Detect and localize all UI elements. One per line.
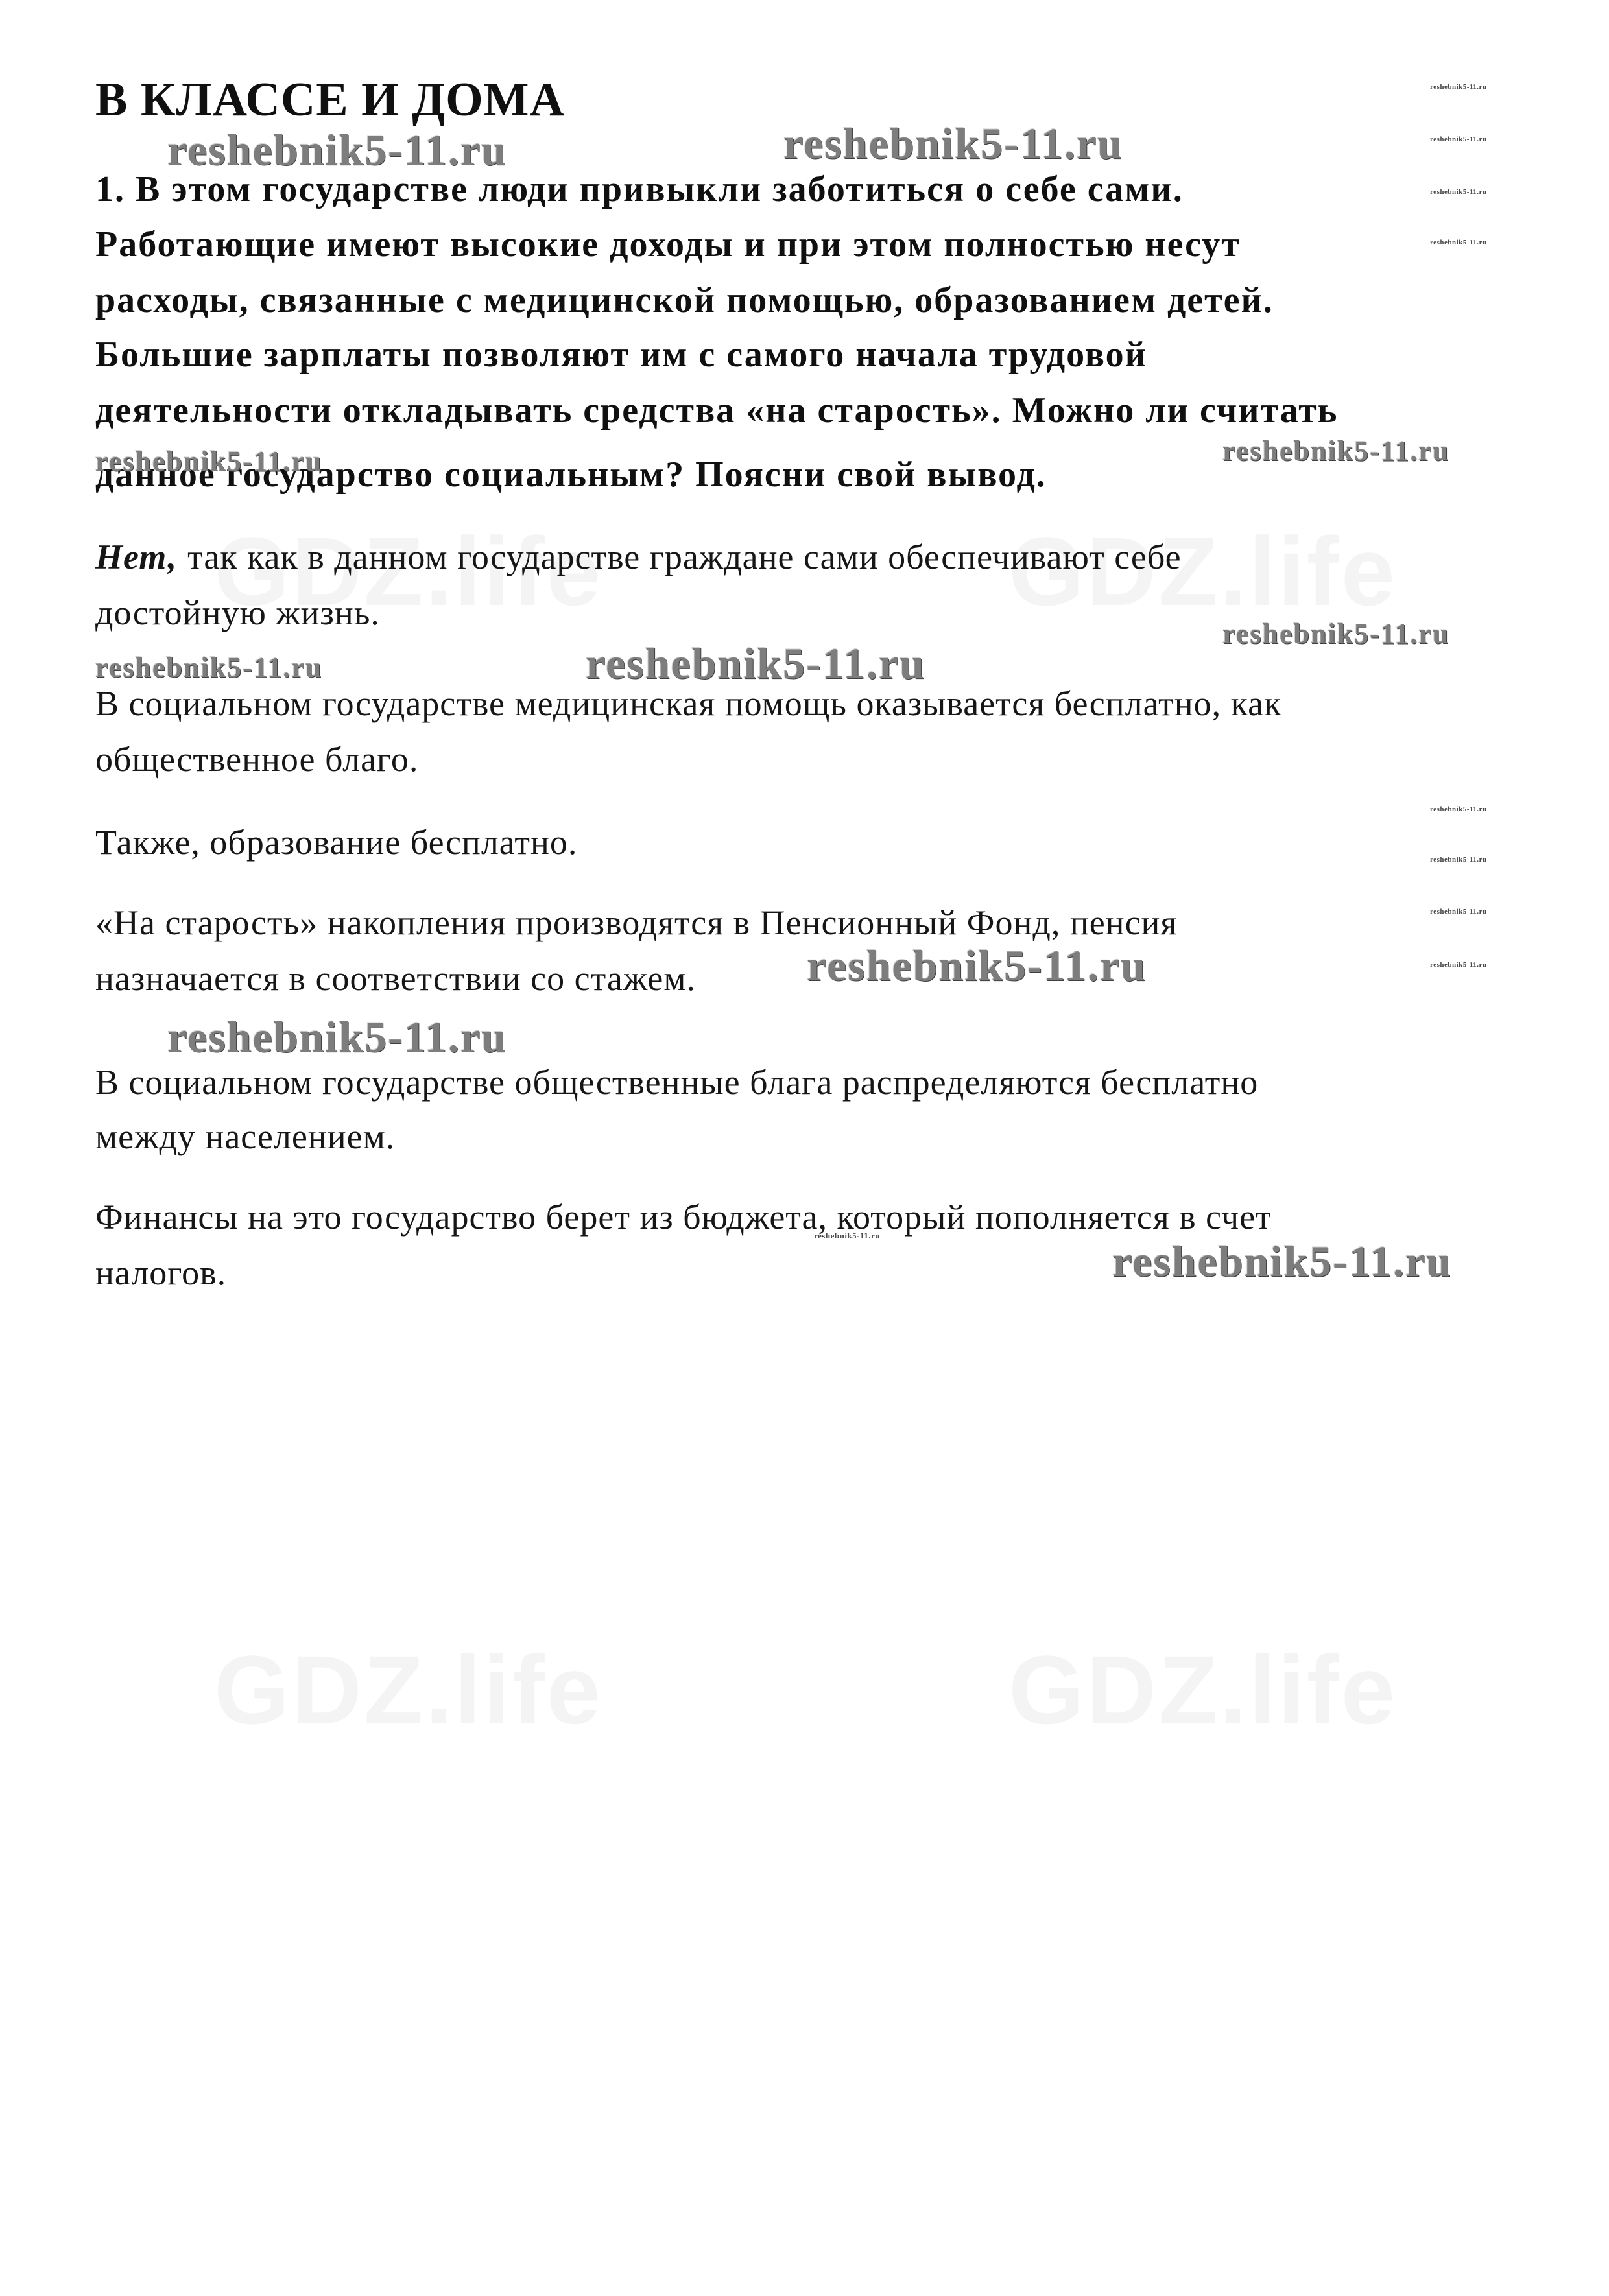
reshebnik-watermark: reshebnik5-11.ru — [1430, 188, 1487, 196]
gdz-watermark: GDZ.life — [214, 1634, 602, 1746]
reshebnik-watermark: reshebnik5-11.ru — [1430, 961, 1487, 969]
reshebnik-watermark: reshebnik5-11.ru — [95, 445, 322, 478]
document-page: GDZ.life GDZ.life GDZ.life GDZ.life В КЛ… — [0, 0, 1609, 2296]
reshebnik-watermark: reshebnik5-11.ru — [167, 1012, 507, 1063]
answer-line: Финансы на это государство берет из бюдж… — [95, 1197, 1272, 1237]
answer-line: достойную жизнь. — [95, 593, 380, 633]
answer-lead: Нет, — [95, 538, 177, 576]
gdz-watermark: GDZ.life — [1008, 1634, 1397, 1746]
answer-line: Нет,так как в данном государстве граждан… — [95, 537, 1182, 577]
reshebnik-watermark: reshebnik5-11.ru — [1430, 239, 1487, 246]
reshebnik-watermark: reshebnik5-11.ru — [95, 651, 322, 684]
answer-line: налогов. — [95, 1253, 226, 1293]
reshebnik-watermark: reshebnik5-11.ru — [1112, 1236, 1452, 1287]
reshebnik-watermark: reshebnik5-11.ru — [783, 118, 1123, 169]
question-line: 1. В этом государстве люди привыкли забо… — [95, 169, 1184, 210]
question-line: расходы, связанные с медицинской помощью… — [95, 279, 1274, 321]
reshebnik-watermark: reshebnik5-11.ru — [1430, 136, 1487, 143]
reshebnik-watermark: reshebnik5-11.ru — [1430, 83, 1487, 91]
reshebnik-watermark: reshebnik5-11.ru — [807, 940, 1147, 991]
reshebnik-watermark: reshebnik5-11.ru — [814, 1231, 880, 1241]
question-line: деятельности откладывать средства «на ст… — [95, 390, 1338, 431]
answer-line: между населением. — [95, 1117, 395, 1157]
answer-line: общественное благо. — [95, 739, 418, 779]
reshebnik-watermark: reshebnik5-11.ru — [1222, 617, 1449, 650]
page-title: В КЛАССЕ И ДОМА — [95, 73, 565, 128]
answer-line: В социальном государстве общественные бл… — [95, 1062, 1258, 1102]
reshebnik-watermark: reshebnik5-11.ru — [1430, 805, 1487, 813]
answer-line: «На старость» накопления производятся в … — [95, 903, 1177, 943]
answer-text: так как в данном государстве граждане са… — [187, 538, 1181, 576]
answer-line: Также, образование бесплатно. — [95, 822, 577, 862]
reshebnik-watermark: reshebnik5-11.ru — [1222, 434, 1449, 467]
question-line: Большие зарплаты позволяют им с самого н… — [95, 334, 1147, 375]
reshebnik-watermark: reshebnik5-11.ru — [586, 638, 925, 689]
answer-line: назначается в соответствии со стажем. — [95, 958, 696, 999]
answer-line: В социальном государстве медицинская пом… — [95, 683, 1281, 724]
reshebnik-watermark: reshebnik5-11.ru — [1430, 908, 1487, 916]
reshebnik-watermark: reshebnik5-11.ru — [1430, 856, 1487, 864]
question-line: Работающие имеют высокие доходы и при эт… — [95, 224, 1241, 265]
